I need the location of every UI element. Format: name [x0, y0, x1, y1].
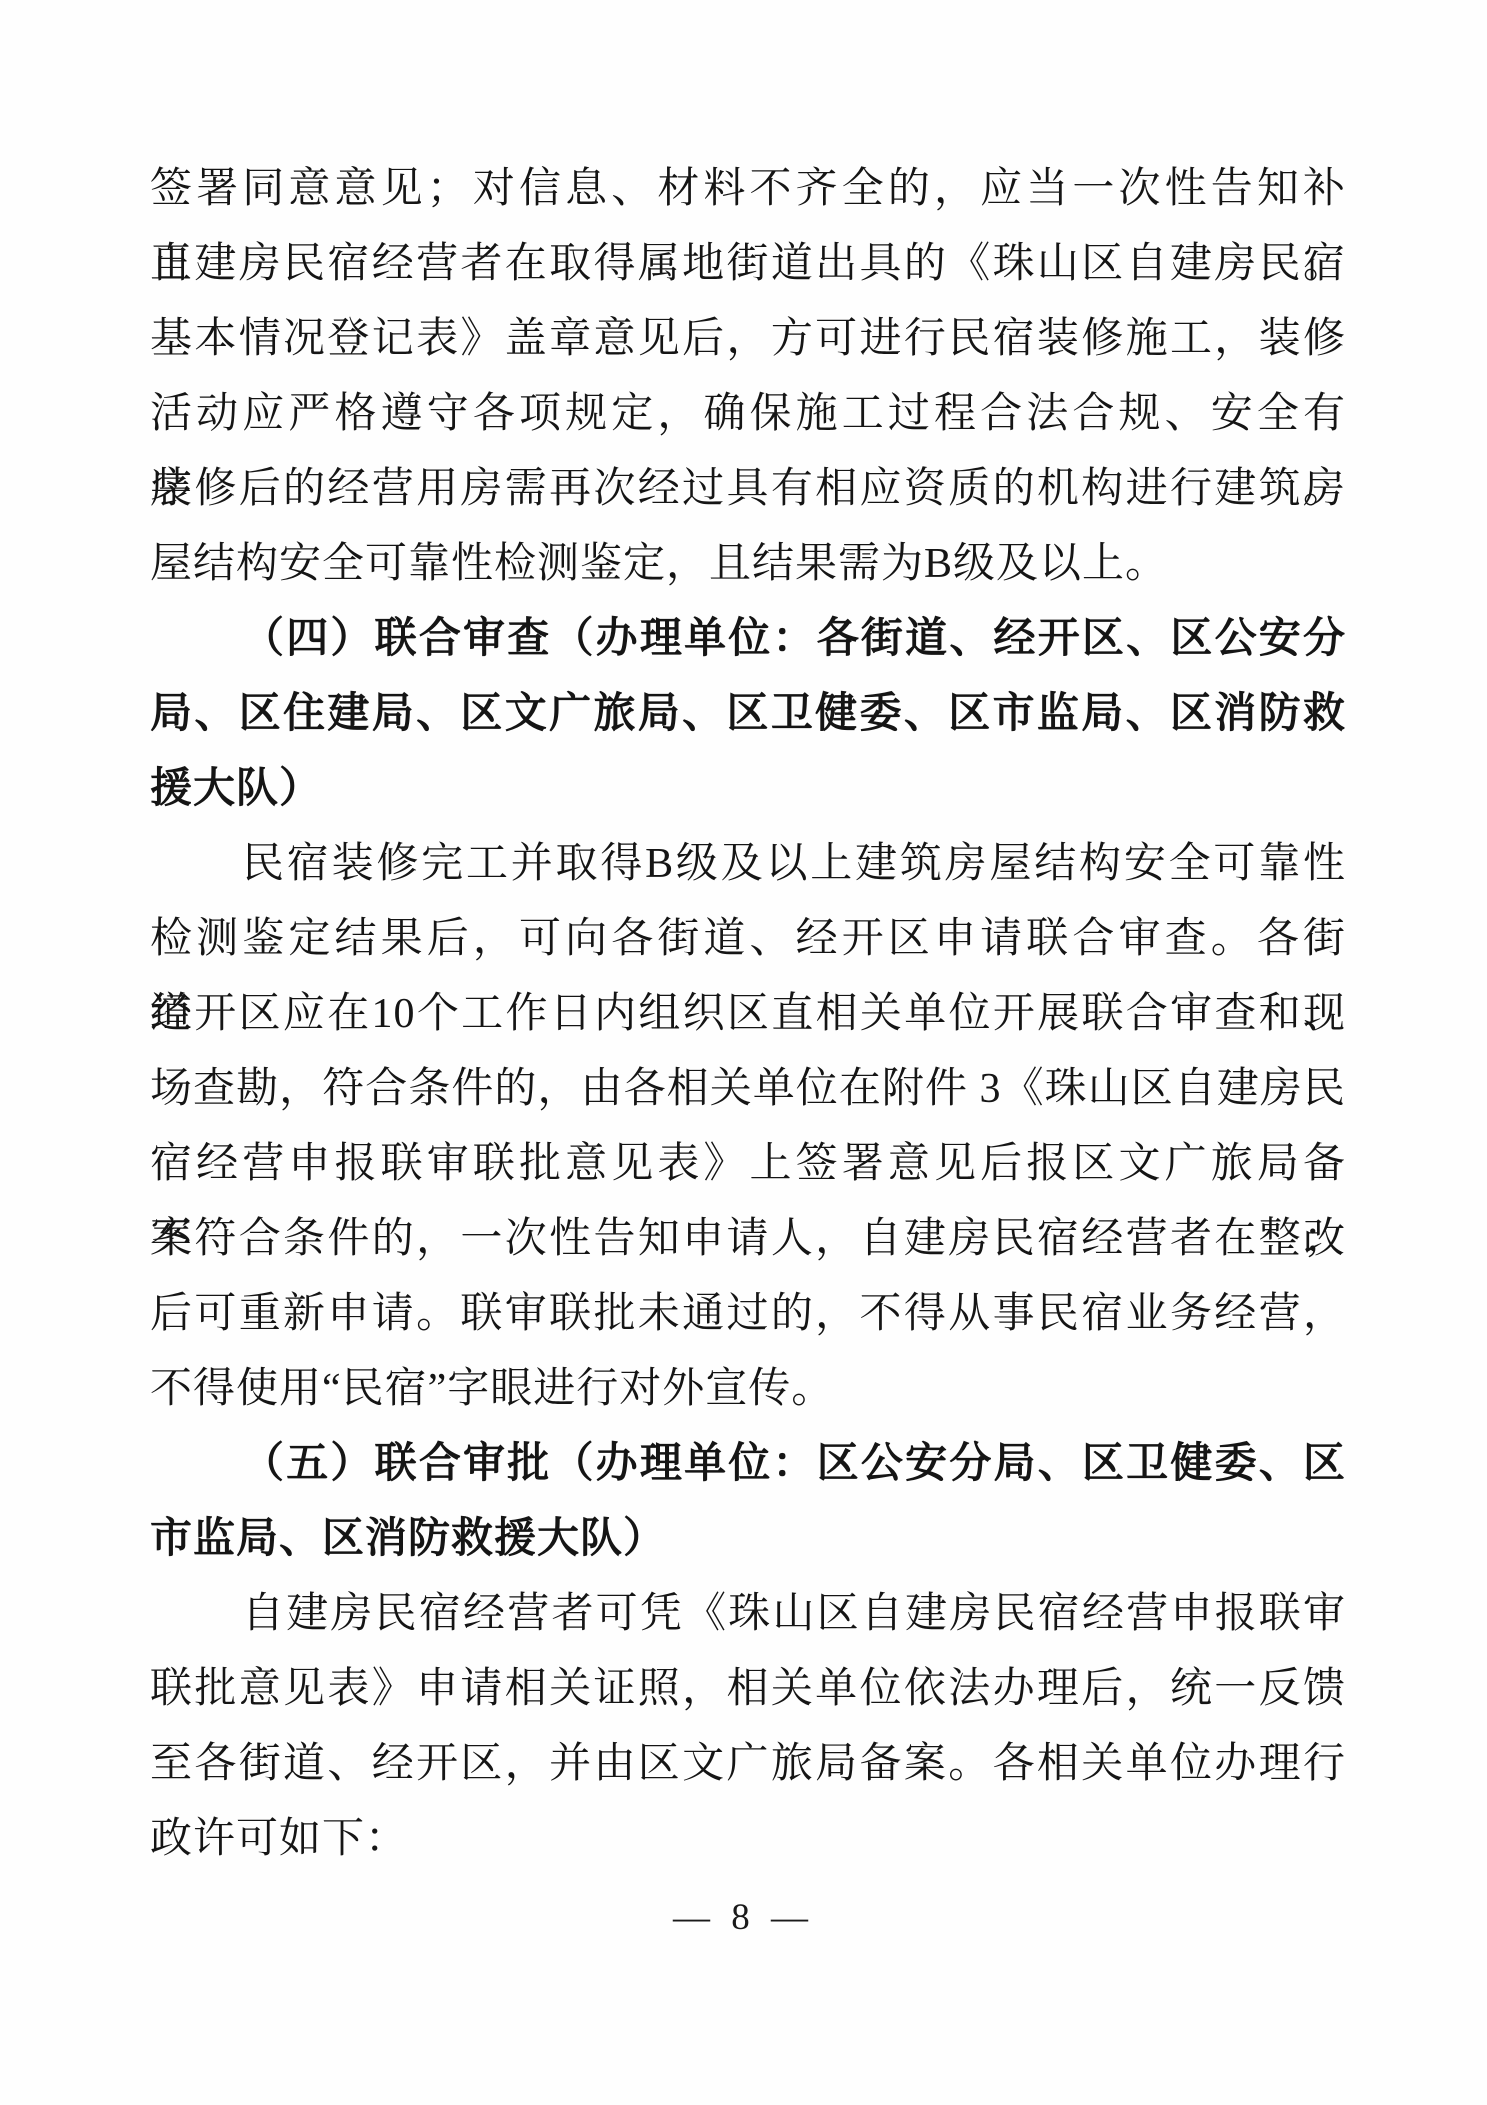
text-line: 政许可如下：: [150, 1802, 1346, 1877]
text-line: 自建房民宿经营者可凭《珠山区自建房民宿经营申报联审: [150, 1577, 1346, 1652]
text-line: 场查勘，符合条件的，由各相关单位在附件 3《珠山区自建房民: [150, 1052, 1346, 1127]
text-line: 签署同意意见；对信息、材料不齐全的，应当一次性告知补正。: [150, 152, 1346, 227]
text-line: 不得使用“民宿”字眼进行对外宣传。: [150, 1352, 1346, 1427]
text-line: 市监局、区消防救援大队）: [150, 1502, 1346, 1577]
text-line: 局、区住建局、区文广旅局、区卫健委、区市监局、区消防救: [150, 677, 1346, 752]
document-body: 签署同意意见；对信息、材料不齐全的，应当一次性告知补正。自建房民宿经营者在取得属…: [150, 152, 1346, 1877]
text-line: （五）联合审批（办理单位：区公安分局、区卫健委、区: [150, 1427, 1346, 1502]
text-line: 不符合条件的，一次性告知申请人，自建房民宿经营者在整改: [150, 1202, 1346, 1277]
text-line: （四）联合审查（办理单位：各街道、经开区、区公安分: [150, 602, 1346, 677]
text-line: 宿经营申报联审联批意见表》上签署意见后报区文广旅局备案；: [150, 1127, 1346, 1202]
text-line: 检测鉴定结果后，可向各街道、经开区申请联合审查。各街道、: [150, 902, 1346, 977]
text-line: 联批意见表》申请相关证照，相关单位依法办理后，统一反馈: [150, 1652, 1346, 1727]
text-line: 基本情况登记表》盖章意见后，方可进行民宿装修施工，装修: [150, 302, 1346, 377]
text-line: 至各街道、经开区，并由区文广旅局备案。各相关单位办理行: [150, 1727, 1346, 1802]
page-number: — 8 —: [0, 1896, 1487, 1939]
text-line: 民宿装修完工并取得B级及以上建筑房屋结构安全可靠性: [150, 827, 1346, 902]
text-line: 屋结构安全可靠性检测鉴定，且结果需为B级及以上。: [150, 527, 1346, 602]
text-line: 装修后的经营用房需再次经过具有相应资质的机构进行建筑房: [150, 452, 1346, 527]
text-line: 后可重新申请。联审联批未通过的，不得从事民宿业务经营，: [150, 1277, 1346, 1352]
text-line: 经开区应在10个工作日内组织区直相关单位开展联合审查和现: [150, 977, 1346, 1052]
text-line: 援大队）: [150, 752, 1346, 827]
text-line: 活动应严格遵守各项规定，确保施工过程合法合规、安全有序。: [150, 377, 1346, 452]
text-line: 自建房民宿经营者在取得属地街道出具的《珠山区自建房民宿: [150, 227, 1346, 302]
document-page: 签署同意意见；对信息、材料不齐全的，应当一次性告知补正。自建房民宿经营者在取得属…: [0, 0, 1487, 2105]
